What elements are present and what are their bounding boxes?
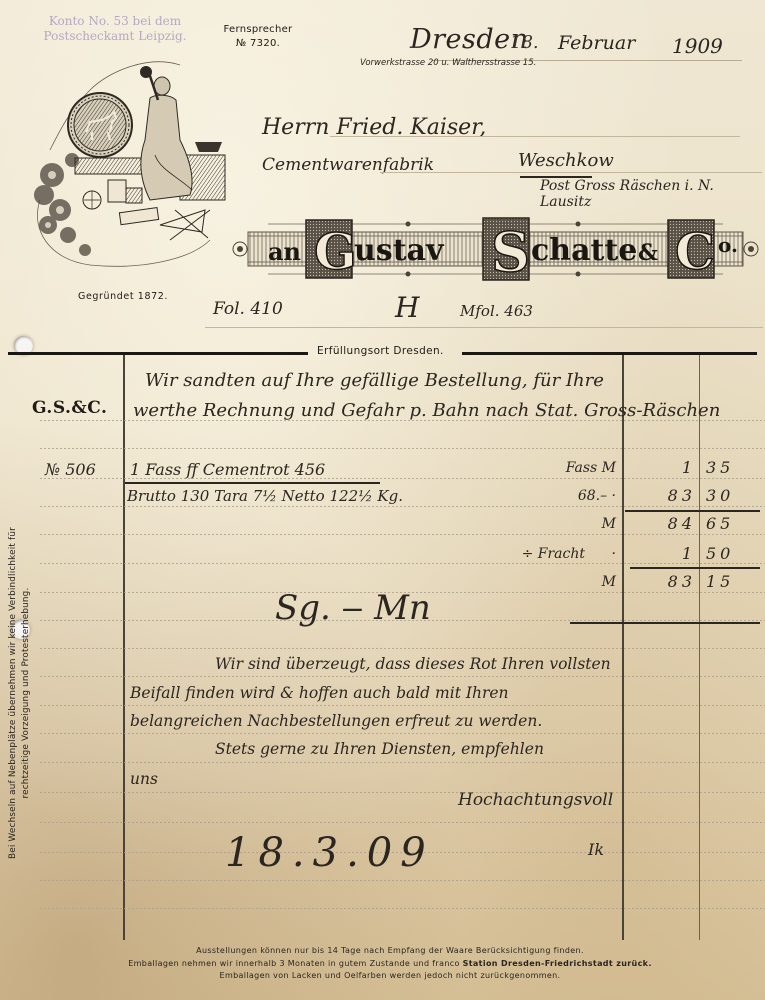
total-pfennig: 15	[706, 572, 734, 591]
total-rule	[630, 567, 760, 569]
letter-line-5: uns	[130, 770, 158, 788]
side-note: Bei Wechseln auf Nebenplätze übernehmen …	[7, 473, 33, 913]
footer-line-2: Emballagen nehmen wir innerhalb 3 Monate…	[100, 958, 680, 971]
mfolio-reference: Mfol. 463	[460, 302, 533, 320]
ruled-line	[40, 506, 765, 507]
svg-text:G: G	[314, 222, 357, 281]
letter-line-1: Wir sind überzeugt, dass dieses Rot Ihre…	[215, 655, 611, 673]
ruled-line	[40, 448, 765, 449]
ruled-line	[40, 880, 765, 881]
stamp-line-1: Konto No. 53 bei dem	[40, 14, 190, 29]
svg-text:ustav: ustav	[354, 233, 445, 268]
ruled-line	[40, 563, 765, 564]
svg-text:chatte: chatte	[531, 233, 637, 268]
ruled-line	[40, 676, 765, 677]
signature: 18.3.09	[225, 830, 434, 876]
ruled-line	[40, 822, 765, 823]
intro-line-2: werthe Rechnung und Gefahr p. Bahn nach …	[133, 400, 720, 421]
order-number: № 506	[45, 460, 96, 479]
freight-label: ÷ Fracht	[500, 546, 585, 562]
amount-pfennig: 35	[706, 458, 734, 477]
freight-unit: ·	[590, 546, 616, 562]
subtotal-mark: 84	[640, 514, 696, 533]
ruled-line	[40, 762, 765, 763]
date-month: Februar	[558, 32, 635, 54]
svg-text:o.: o.	[718, 233, 738, 257]
address-rule	[380, 172, 762, 173]
ruled-line	[40, 733, 765, 734]
allegorical-illustration-icon	[30, 60, 240, 280]
signature-initials: Ik	[588, 840, 604, 859]
svg-text:S: S	[491, 220, 530, 284]
date-day: 18.	[510, 32, 539, 53]
phone-block: Fernsprecher № 7320.	[212, 23, 304, 51]
svg-text:&: &	[638, 240, 658, 266]
svg-text:C: C	[675, 222, 715, 281]
header-rule-left	[8, 352, 308, 355]
amount-pfennig: 30	[706, 486, 734, 505]
phone-number: № 7320.	[212, 37, 304, 51]
closing-phrase: Hochachtungsvoll	[458, 790, 613, 810]
ruled-line	[40, 648, 765, 649]
postal-account-stamp: Konto No. 53 bei dem Postscheckamt Leipz…	[40, 14, 190, 44]
intro-line-1: Wir sandten auf Ihre gefällige Bestellun…	[145, 370, 604, 391]
final-rule	[570, 622, 760, 624]
header-rule-right	[462, 352, 757, 355]
recipient-place: Weschkow	[518, 150, 614, 171]
footer-line-2a: Emballagen nehmen wir innerhalb 3 Monate…	[128, 959, 459, 968]
subtotal-pfennig: 65	[706, 514, 734, 533]
svg-text:an: an	[268, 237, 301, 266]
item-weights: Brutto 130 Tara 7½ Netto 122½ Kg.	[127, 487, 403, 505]
date-year: 1909	[672, 34, 723, 58]
recipient-post: Post Gross Räschen i. N. Lausitz	[540, 178, 765, 210]
total-mark: 83	[640, 572, 696, 591]
company-monogram: G.S.&C.	[32, 398, 107, 418]
founded-year: Gegründet 1872.	[78, 291, 168, 302]
total-unit: M	[530, 574, 616, 590]
letter-line-3: belangreichen Nachbestellungen erfreut z…	[130, 712, 542, 730]
item-description: 1 Fass ff Cementrot 456	[130, 460, 325, 479]
letter-line-4: Stets gerne zu Ihren Diensten, empfehlen	[215, 740, 544, 758]
footer-terms: Ausstellungen können nur bis 14 Tage nac…	[100, 945, 680, 983]
item-underline	[125, 482, 380, 484]
reference-rule	[205, 327, 763, 328]
footer-line-3: Emballagen von Lacken und Oelfarben werd…	[100, 970, 680, 983]
street-address: Vorwerkstrasse 20 u. Walthersstrasse 15.	[360, 58, 536, 68]
fulfillment-place: Erfüllungsort Dresden.	[313, 345, 448, 357]
item-unit-price: 68.– ·	[530, 488, 616, 504]
side-note-line-1: Bei Wechseln auf Nebenplätze übernehmen …	[7, 473, 20, 913]
handwritten-flourish: Sg. ‒ Mn	[275, 588, 431, 628]
letter-line-2: Beifall finden wird & hoffen auch bald m…	[130, 684, 509, 702]
initials-mark: H	[395, 291, 419, 324]
invoice-page: Konto No. 53 bei dem Postscheckamt Leipz…	[0, 0, 765, 1000]
freight-mark: 1	[640, 544, 696, 563]
footer-line-2b: Station Dresden-Friedrichstadt zurück.	[463, 959, 652, 968]
company-logo-banner: an G ustav S chatte & C o.	[228, 214, 763, 284]
ruled-line	[40, 534, 765, 535]
side-note-line-2: rechtzeitige Vorzeigung und Protesterheb…	[20, 473, 33, 913]
ruled-line	[40, 908, 765, 909]
phone-label: Fernsprecher	[212, 23, 304, 37]
item-unit: Fass M	[530, 460, 616, 476]
folio-reference: Fol. 410	[213, 299, 283, 319]
amount-mark: 83	[640, 486, 696, 505]
subtotal-rule	[625, 510, 760, 512]
ruled-line	[40, 705, 765, 706]
ruled-line	[40, 792, 765, 793]
subtotal-unit: M	[530, 516, 616, 532]
amount-mark: 1	[640, 458, 696, 477]
stamp-line-2: Postscheckamt Leipzig.	[40, 29, 190, 44]
freight-pfennig: 50	[706, 544, 734, 563]
address-rule	[330, 136, 740, 137]
footer-line-1: Ausstellungen können nur bis 14 Tage nac…	[100, 945, 680, 958]
